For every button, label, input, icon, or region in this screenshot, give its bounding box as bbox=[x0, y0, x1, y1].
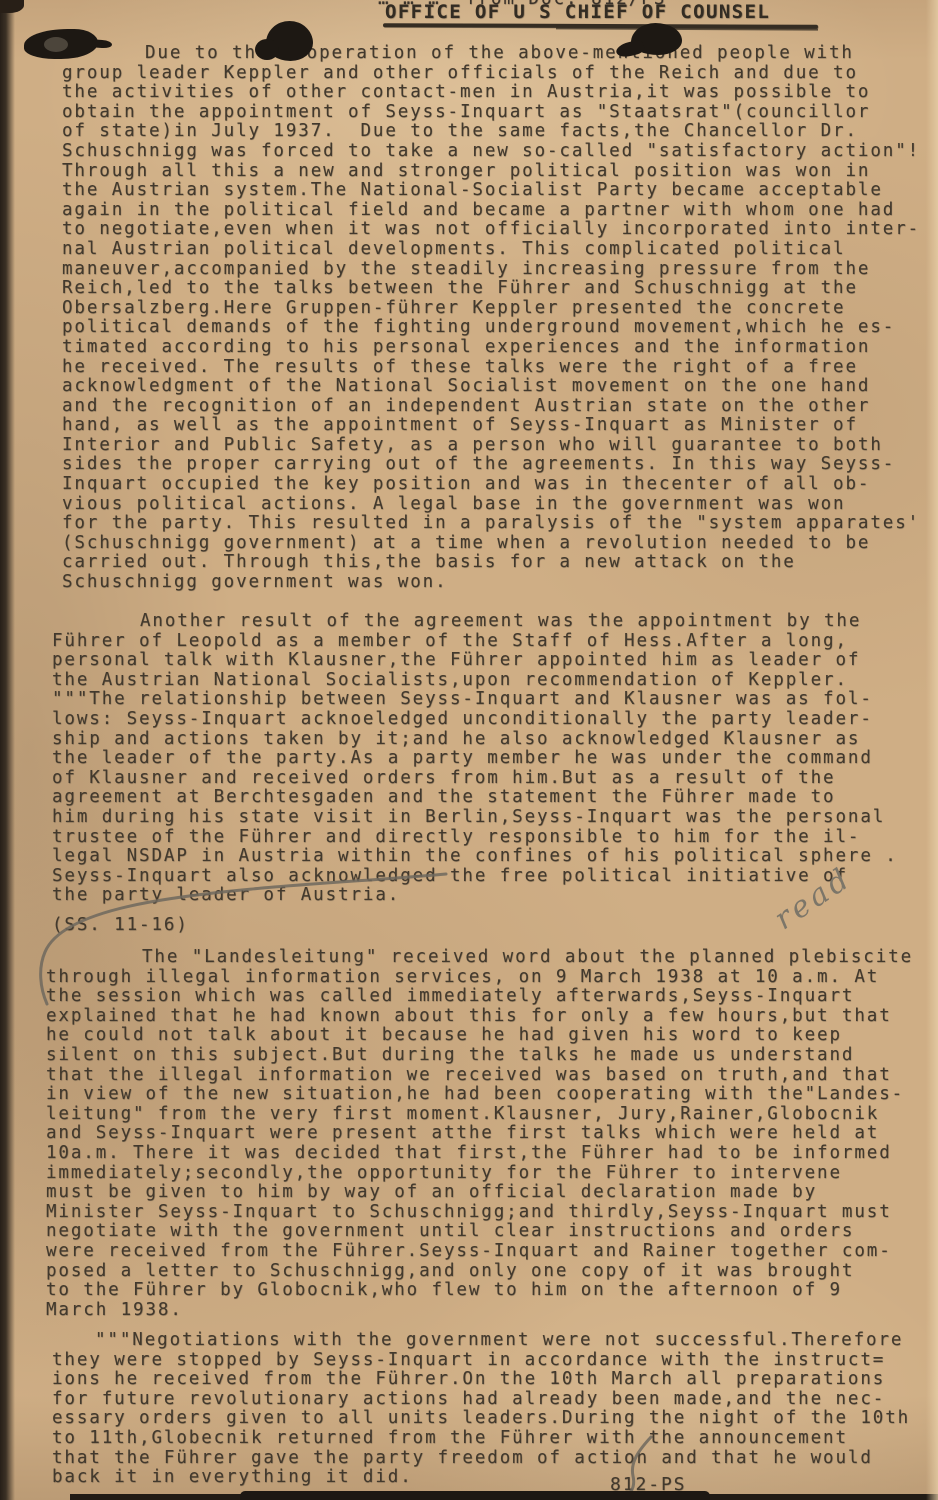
paragraph-1: Due to the cooperation of the above-ment… bbox=[62, 44, 920, 593]
title-underline-second-stroke bbox=[556, 27, 818, 30]
document-title: OFFICE OF U S CHIEF OF COUNSEL bbox=[385, 3, 770, 23]
page-reference: (SS. 11-16) bbox=[52, 916, 189, 936]
paper-bottom-edge-shadow bbox=[240, 1491, 710, 1500]
paragraph-3: The "Landesleitung" received word about … bbox=[46, 948, 913, 1320]
paper-top-left-corner bbox=[0, 0, 24, 13]
ink-blot-over-cooperation bbox=[266, 21, 313, 61]
ink-blot-over-mentioned bbox=[631, 23, 682, 55]
paper-right-edge bbox=[926, 0, 938, 1500]
paper-left-edge bbox=[0, 0, 15, 1500]
document-page: … … … from Doc. 812/PS OFFICE OF U S CHI… bbox=[0, 0, 938, 1500]
paragraph-4: """Negotiations with the government were… bbox=[52, 1331, 910, 1488]
paragraph-2: Another result of the agreement was the … bbox=[52, 612, 898, 906]
